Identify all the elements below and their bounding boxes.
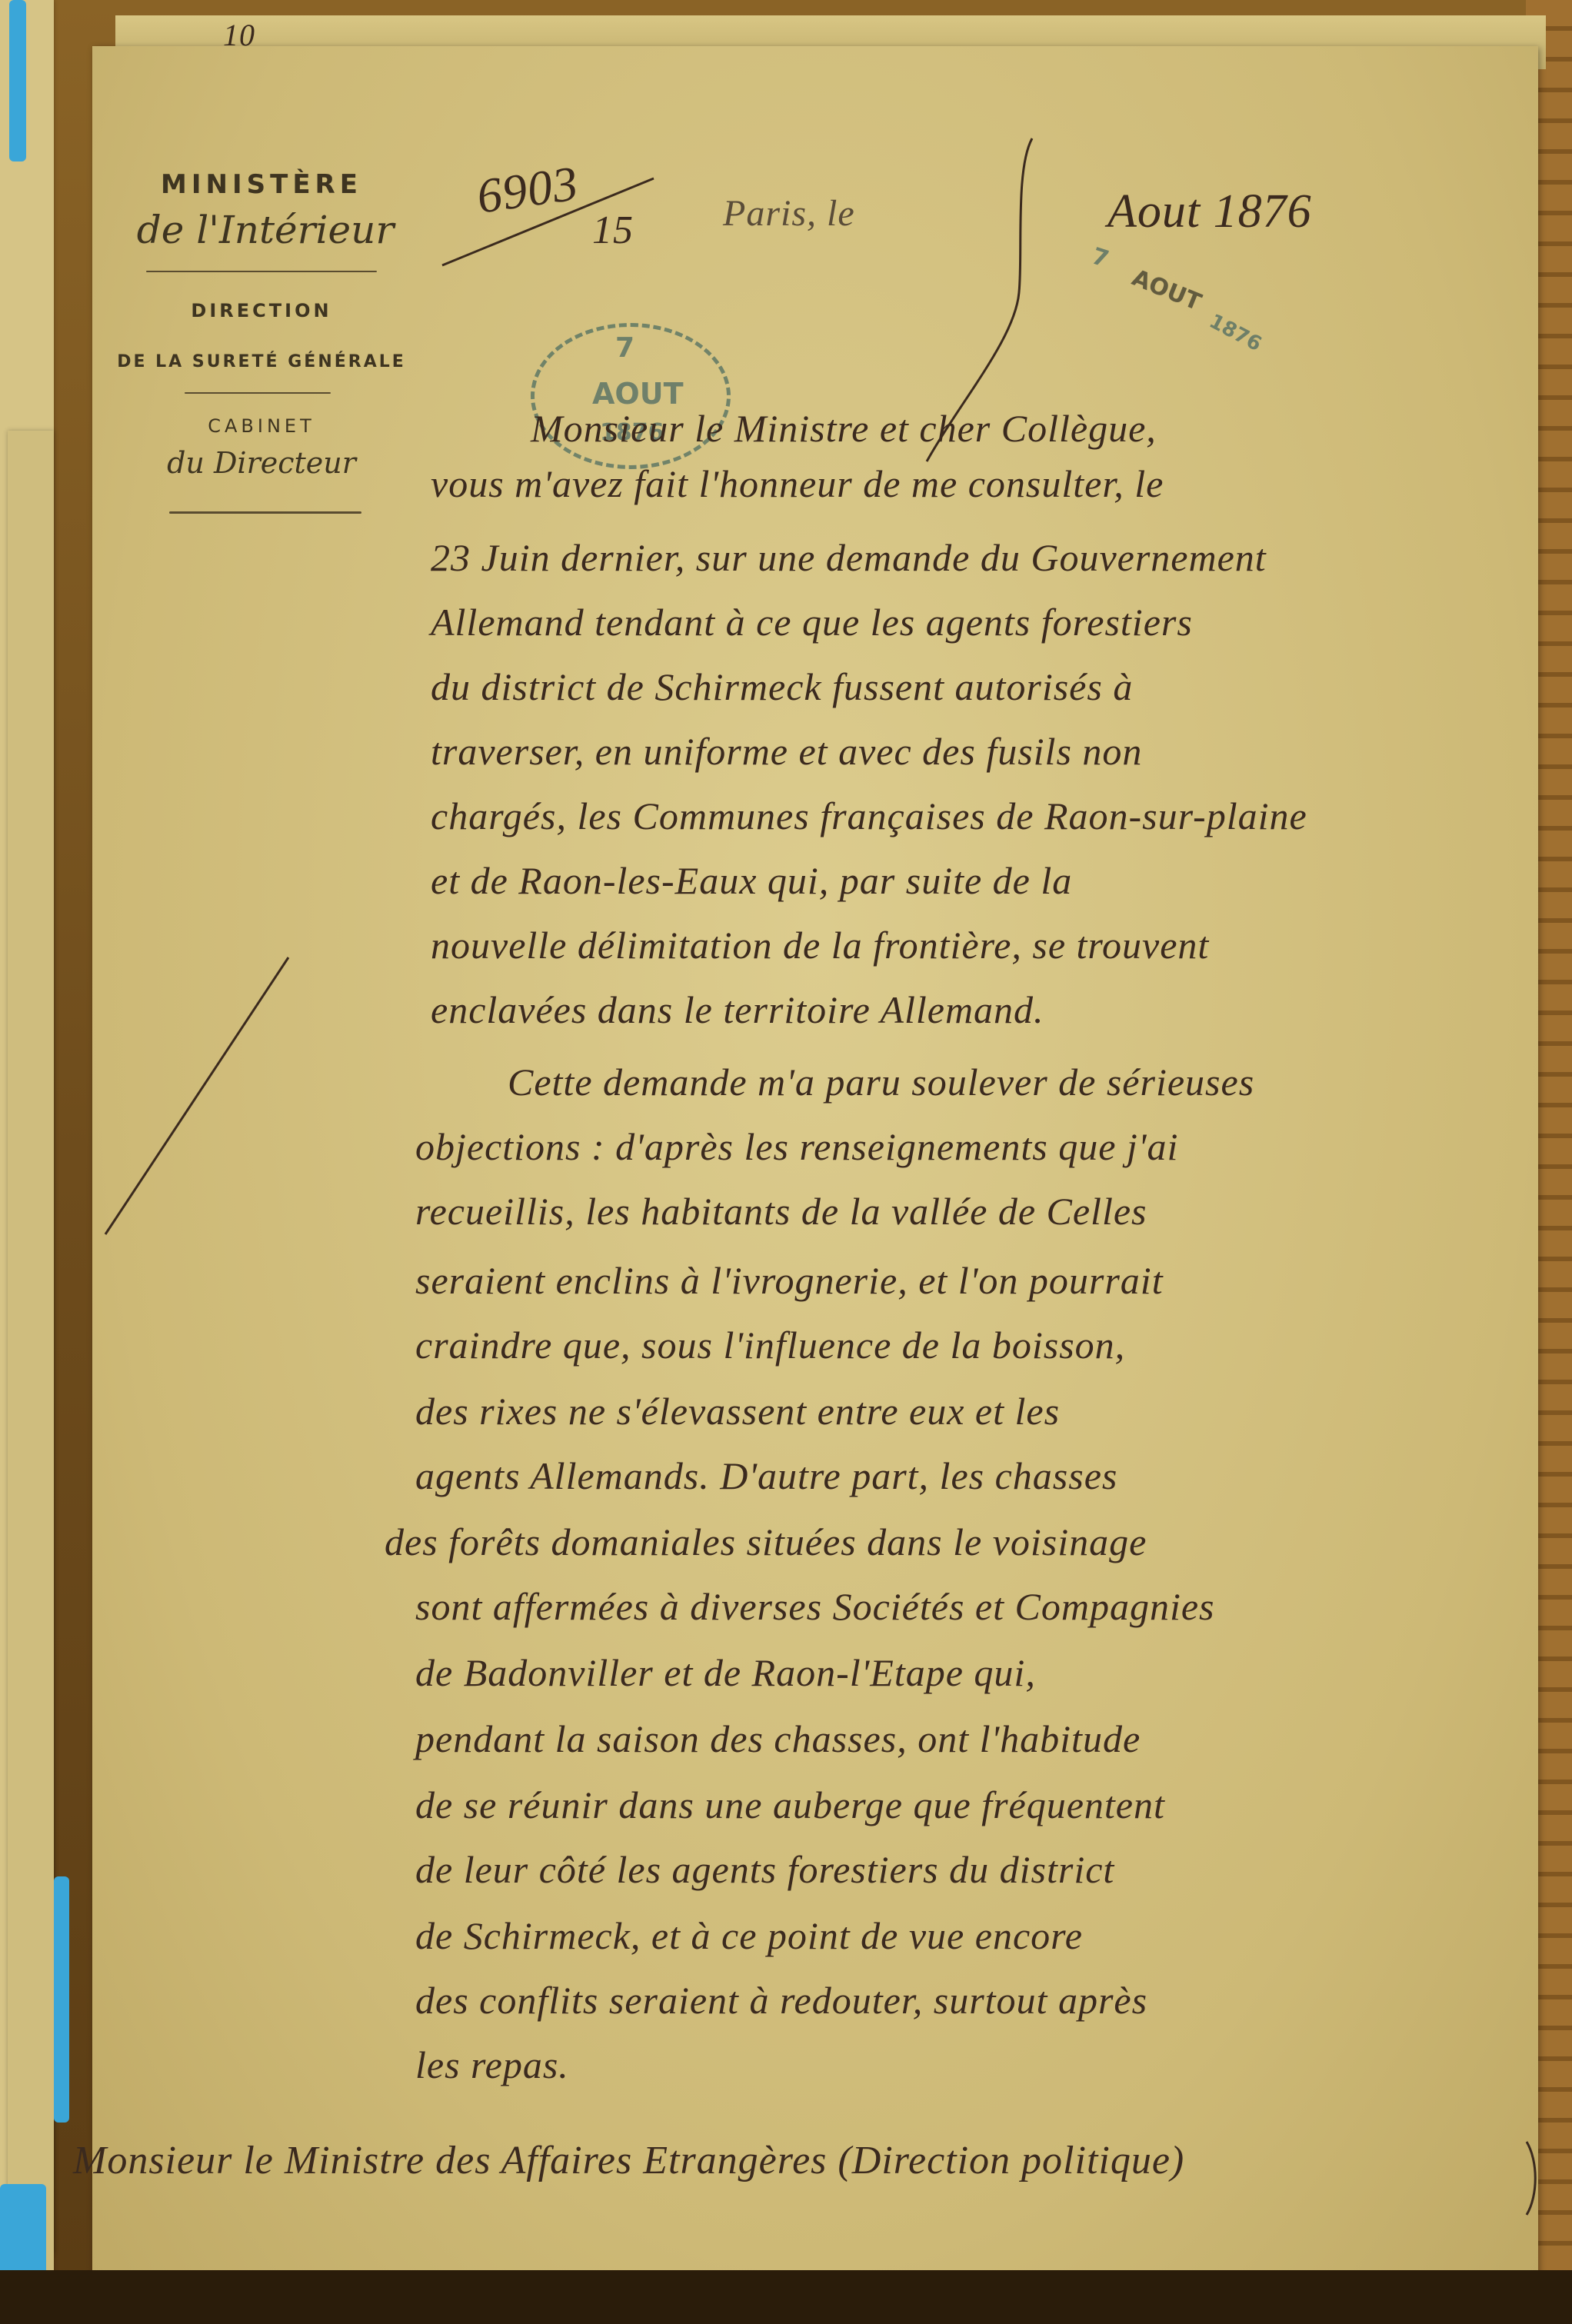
body-line: vous m'avez fait l'honneur de me consult… — [431, 461, 1164, 506]
addressee-paren-close — [1527, 2142, 1535, 2215]
body-line: chargés, les Communes françaises de Raon… — [431, 794, 1307, 838]
body-line: Allemand tendant à ce que les agents for… — [431, 600, 1193, 644]
body-line: les repas. — [415, 2043, 569, 2087]
body-line: de Schirmeck, et à ce point de vue encor… — [415, 1913, 1083, 1958]
addressee-line: Monsieur le Ministre des Affaires Etrang… — [73, 2138, 1184, 2183]
body-line: seraient enclins à l'ivrognerie, et l'on… — [415, 1258, 1164, 1303]
body-line: des rixes ne s'élevassent entre eux et l… — [415, 1389, 1060, 1433]
body-line: enclavées dans le territoire Allemand. — [431, 987, 1044, 1032]
body-line: de se réunir dans une auberge que fréque… — [415, 1783, 1165, 1827]
body-line: traverser, en uniforme et avec des fusil… — [431, 729, 1142, 774]
margin-diagonal-line — [105, 957, 288, 1234]
body-line: Cette demande m'a paru soulever de série… — [508, 1060, 1254, 1104]
header-underline-stroke — [442, 178, 654, 265]
body-line: pendant la saison des chasses, ont l'hab… — [415, 1716, 1141, 1761]
body-line: nouvelle délimitation de la frontière, s… — [431, 923, 1209, 967]
body-line: des conflits seraient à redouter, surtou… — [415, 1978, 1147, 2023]
body-line: de Badonviller et de Raon-l'Etape qui, — [415, 1650, 1036, 1695]
body-line: recueillis, les habitants de la vallée d… — [415, 1189, 1147, 1234]
body-line: 23 Juin dernier, sur une demande du Gouv… — [431, 535, 1267, 580]
body-line: objections : d'après les renseignements … — [415, 1124, 1178, 1169]
body-line: agents Allemands. D'autre part, les chas… — [415, 1453, 1117, 1498]
body-line: Monsieur le Ministre et cher Collègue, — [531, 406, 1157, 451]
body-line: sont affermées à diverses Sociétés et Co… — [415, 1584, 1214, 1629]
body-line: et de Raon-les-Eaux qui, par suite de la — [431, 858, 1072, 903]
body-line: craindre que, sous l'influence de la boi… — [415, 1323, 1125, 1367]
body-line: des forêts domaniales situées dans le vo… — [385, 1520, 1147, 1564]
body-line: de leur côté les agents forestiers du di… — [415, 1847, 1114, 1892]
body-line: du district de Schirmeck fussent autoris… — [431, 664, 1133, 709]
